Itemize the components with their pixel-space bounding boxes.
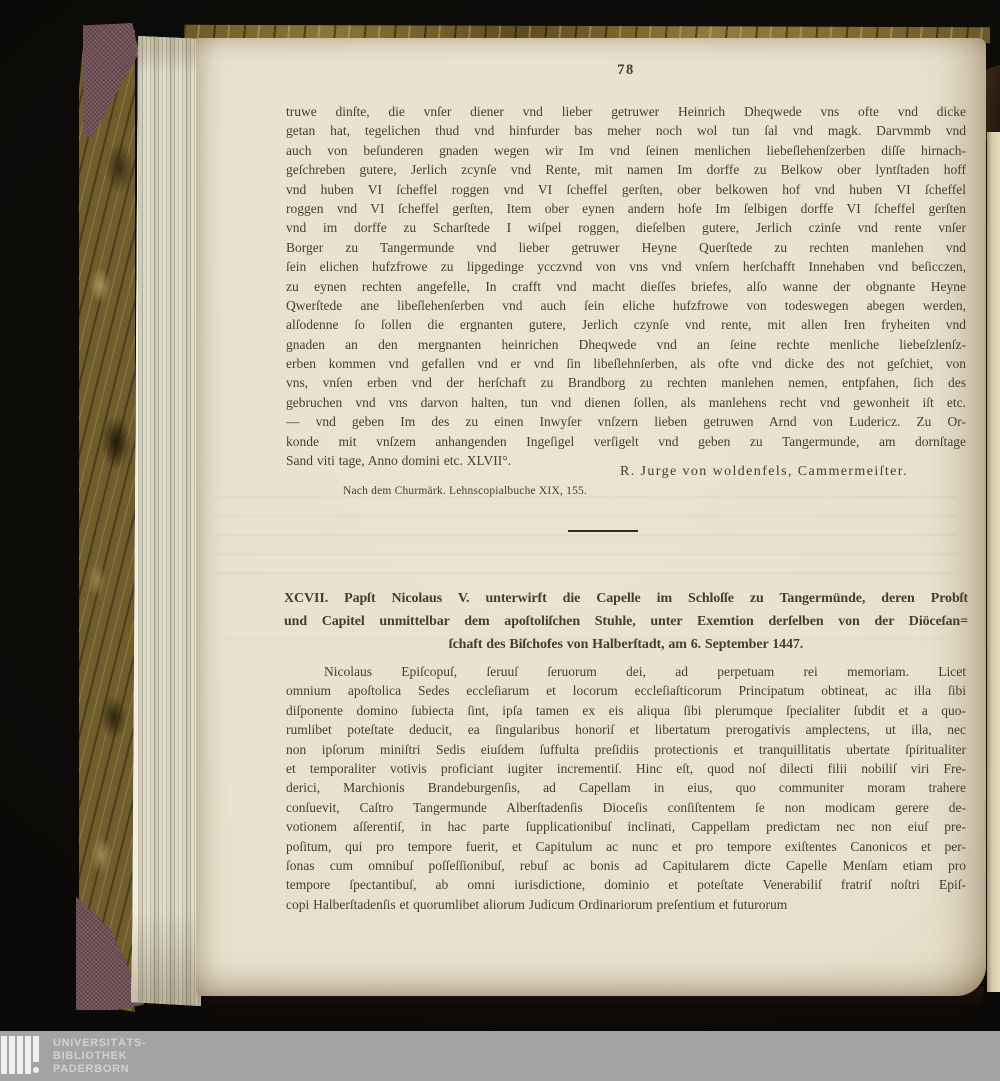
- section-heading: XCVII. Papſt Nicolaus V. unterwirft die …: [284, 587, 968, 656]
- text-line: roggen vnd VI ſcheffel gerſten, Item obe…: [286, 199, 966, 218]
- text-line: getan hat, tegelichen thud vnd hinfurder…: [286, 121, 966, 140]
- text-line: omnium apoſtolica Sedes eccleſiarum et l…: [286, 681, 966, 700]
- library-name: UNIVERSITÄTS-BIBLIOTHEKPADERBORN: [53, 1037, 146, 1075]
- text-line: erben kommen vnd gefallen vnd er vnd ſin…: [286, 354, 966, 373]
- logo-bar-icon: [33, 1036, 39, 1062]
- text-line: derici, Marchionis Brandeburgenſis, ad C…: [286, 778, 966, 797]
- book-scan: 78 truwe dinſte, die vnſer diener vnd li…: [0, 0, 1000, 1081]
- page-edges-stack: [131, 36, 201, 1006]
- text-line: rumlibet poteſtate deducit, ea ſingulari…: [286, 720, 966, 739]
- text-line: diſponente domino ſubiecta ſint, ipſa ta…: [286, 701, 966, 720]
- text-line: vns, vnſen erben vnd der herſchaft zu Br…: [286, 373, 966, 392]
- text-line: tempore ſpectantibuſ, ab omni iurisdicti…: [286, 875, 966, 894]
- logo-bar-icon: [25, 1036, 31, 1074]
- text-line: konde mit vnſzem anhangenden Ingeſigel v…: [286, 432, 966, 451]
- page-number: 78: [286, 62, 966, 79]
- show-through-ghost: [216, 496, 956, 588]
- text-line: et temporaliter votivis proficiant iugit…: [286, 759, 966, 778]
- text-line: vnd im dorffe zu Scharſtede I wiſpel rog…: [286, 218, 966, 237]
- text-line: ſonas cum omnibuſ poſſeſſionibuſ, rebuſ …: [286, 856, 966, 875]
- logo-bar-icon: [9, 1036, 15, 1074]
- text-line: zu eynen rechten angefelle, In crafft vn…: [286, 277, 966, 296]
- text-line: votionem aſſerentiſ, in hac parte ſuppli…: [286, 817, 966, 836]
- text-line: non ipſorum miniſtri Sedis eiuſdem ſuffu…: [286, 740, 966, 759]
- text-line: und Capitel unmittelbar dem apoſtoliſche…: [284, 610, 968, 633]
- library-logo-icon: [1, 1036, 45, 1078]
- text-line: copi Halberſtadenſis et quorumlibet alio…: [286, 895, 966, 914]
- text-line: poſitum, qui pro tempore fuerit, et Capi…: [286, 837, 966, 856]
- text-line: — vnd geben Im des zu einen Inwyſer vnſz…: [286, 412, 966, 431]
- marbled-cover-edge: [79, 30, 135, 1012]
- latin-text-paragraph: Nicolaus Epiſcopuſ, ſeruuſ ſeruorum dei,…: [286, 662, 966, 914]
- next-page-edge: [987, 132, 1000, 992]
- text-line: Borger zu Tangermunde vnd lieber getruwe…: [286, 238, 966, 257]
- text-line: conſuevit, Caſtro Tangermunde Alberſtade…: [286, 798, 966, 817]
- text-line: geſchreben gutere, Jerlich zcynſe vnd Re…: [286, 160, 966, 179]
- text-line: truwe dinſte, die vnſer diener vnd liebe…: [286, 102, 966, 121]
- section-divider: [568, 530, 638, 532]
- text-line: ſchaft des Biſchofes von Halberſtadt, am…: [284, 633, 968, 656]
- text-line: gebruchen vnd vns darvon halten, tun vnd…: [286, 393, 966, 412]
- text-line: auch von beſunderen gnaden wegen wir Im …: [286, 141, 966, 160]
- logo-dot-icon: [33, 1067, 39, 1073]
- book-page: 78 truwe dinſte, die vnſer diener vnd li…: [196, 38, 986, 996]
- text-line: XCVII. Papſt Nicolaus V. unterwirft die …: [284, 587, 968, 610]
- text-line: UNIVERSITÄTS-: [53, 1037, 146, 1050]
- source-note: Nach dem Churmärk. Lehnscopialbuche XIX,…: [343, 485, 587, 501]
- text-line: alſodenne ſo ſollen die ergnanten gutere…: [286, 315, 966, 334]
- signature-line: R. Jurge von woldenfels, Cammermeiſter.: [286, 464, 908, 484]
- text-line: gnaden an den mergnanten heinrichen Dheq…: [286, 335, 966, 354]
- text-line: PADERBORN: [53, 1063, 146, 1076]
- text-line: Nicolaus Epiſcopuſ, ſeruuſ ſeruorum dei,…: [286, 662, 966, 681]
- watermark-band: UNIVERSITÄTS-BIBLIOTHEKPADERBORN: [0, 1031, 1000, 1081]
- text-line: vnd huben VI ſcheffel roggen vnd VI ſche…: [286, 180, 966, 199]
- charter-text-paragraph: truwe dinſte, die vnſer diener vnd liebe…: [286, 102, 966, 470]
- logo-bar-icon: [17, 1036, 23, 1074]
- text-line: Qwerſtede ane libeſlehenſerben vnd auch …: [286, 296, 966, 315]
- text-line: ſein elichen hufzfrowe zu lipgedinge ycc…: [286, 257, 966, 276]
- logo-bar-icon: [1, 1036, 7, 1074]
- text-line: BIBLIOTHEK: [53, 1050, 146, 1063]
